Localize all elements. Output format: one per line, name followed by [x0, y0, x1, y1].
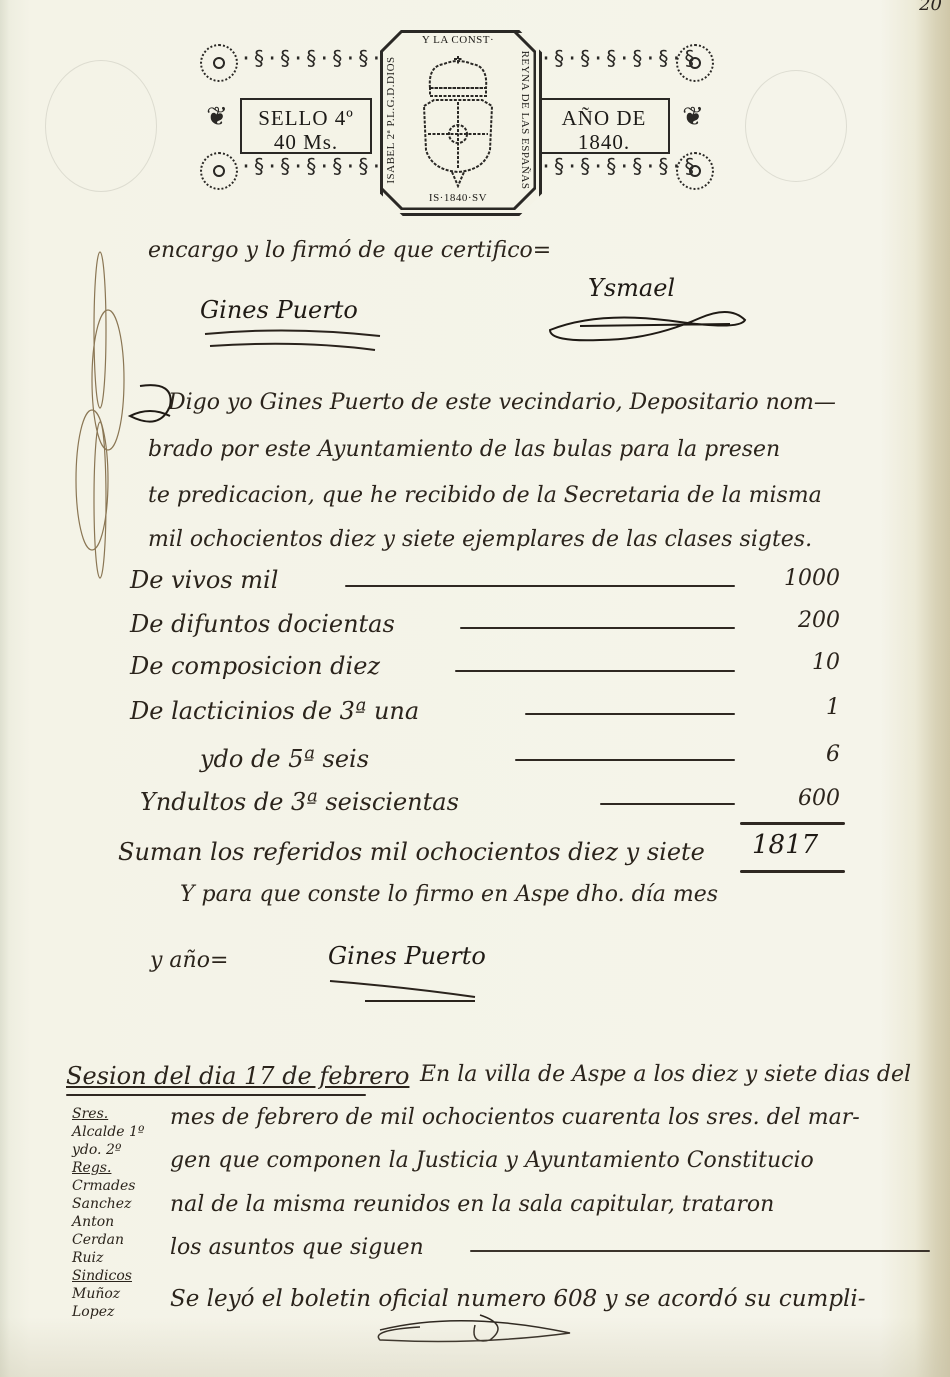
ledger-label: De composicion diez: [130, 652, 380, 680]
stamp-seal-class: SELLO 4º: [242, 106, 370, 130]
ledger-leader-line: [460, 627, 735, 629]
ledger-label: De difuntos docientas: [130, 610, 395, 638]
stamp-year-box: AÑO DE 1840.: [538, 98, 670, 154]
ledger-label: De lacticinios de 3ª una: [130, 697, 419, 725]
margin-entry: Sanchez: [72, 1195, 152, 1213]
ornament-row-icon: ·§·§·§·§·§·§: [540, 46, 697, 80]
scroll-ornament-icon: ❦: [676, 90, 710, 144]
sum-rule-bottom: [740, 870, 845, 873]
attendee-margin-list: Sres. Alcalde 1º ydo. 2º Regs. Crmades S…: [72, 1105, 152, 1321]
session-line: mes de febrero de mil ochocientos cuaren…: [170, 1105, 860, 1130]
declaration-line: mil ochocientos diez y siete ejemplares …: [148, 527, 812, 552]
ledger-amount: 10: [730, 650, 840, 675]
declaration-line: brado por este Ayuntamiento de las bulas…: [148, 437, 780, 462]
ledger-leader-line: [455, 670, 735, 672]
tax-stamp: ·§·§·§·§·§·§ ·§·§·§·§·§·§ ·§·§·§·§·§·§ ·…: [198, 30, 718, 210]
stamp-year-label: AÑO DE: [540, 106, 668, 130]
royal-coat-of-arms-icon: [420, 54, 496, 188]
session-line: gen que componen la Justicia y Ayuntamie…: [170, 1148, 814, 1173]
margin-flourish-icon: [70, 250, 130, 580]
rosette-icon: [200, 44, 238, 82]
manuscript-page: 20 ·§·§·§·§·§·§ ·§·§·§·§·§·§ ·§·§·§·§·§·…: [0, 0, 950, 1377]
watermark-seal-left: [45, 60, 157, 192]
session-heading: Sesion del dia 17 de febrero: [66, 1062, 409, 1090]
margin-entry: Regs.: [72, 1159, 152, 1177]
declaration-line: te predicacion, que he recibido de la Se…: [148, 483, 822, 508]
session-line: En la villa de Aspe a los diez y siete d…: [420, 1062, 911, 1087]
stamp-legend-top: Y LA CONST·: [398, 34, 518, 46]
rosette-icon: [200, 152, 238, 190]
signature-gines-puerto: Gines Puerto: [200, 296, 358, 324]
sum-rule-top: [740, 822, 845, 825]
margin-entry: Crmades: [72, 1177, 152, 1195]
signature-ysmael: Ysmael: [588, 274, 675, 302]
ornament-row-icon: ·§·§·§·§·§·§: [240, 154, 397, 188]
session-line: nal de la misma reunidos en la sala capi…: [170, 1192, 774, 1217]
stamp-value: 40 Ms.: [242, 130, 370, 154]
signature-flourish-icon: [200, 326, 390, 356]
ledger-leader-line: [525, 713, 735, 715]
ledger-amount: 1: [730, 695, 840, 720]
stamp-legend-right: REYNA DE LAS ESPAÑAS: [519, 45, 531, 195]
folio-number: 20: [919, 0, 942, 15]
ledger-leader-line: [600, 803, 735, 805]
margin-entry: Muñoz: [72, 1285, 152, 1303]
margin-entry: Lopez: [72, 1303, 152, 1321]
watermark-seal-right: [745, 70, 847, 182]
attestation-line: y año=: [150, 948, 228, 973]
ledger-label: De vivos mil: [130, 566, 278, 594]
session-line: los asuntos que siguen: [170, 1235, 424, 1260]
ledger-leader-line: [515, 759, 735, 761]
signature-gines-puerto-2: Gines Puerto: [328, 942, 486, 970]
margin-entry: Cerdan: [72, 1231, 152, 1249]
stamp-denomination-box: SELLO 4º 40 Ms.: [240, 98, 372, 154]
margin-entry: Ruiz: [72, 1249, 152, 1267]
stamp-legend-bottom: IS·1840·SV: [398, 192, 518, 204]
session-leader-line: [470, 1250, 930, 1252]
certificate-closing-line: encargo y lo firmó de que certifico=: [148, 238, 551, 263]
declaration-line: Digo yo Gines Puerto de este vecindario,…: [168, 390, 836, 415]
ledger-total: 1817: [752, 830, 818, 860]
stamp-year: 1840.: [540, 130, 668, 154]
ledger-amount: 600: [730, 786, 840, 811]
ledger-amount: 200: [730, 608, 840, 633]
margin-entry: Sindicos: [72, 1267, 152, 1285]
sum-label: Suman los referidos mil ochocientos diez…: [118, 838, 705, 866]
margin-entry: Alcalde 1º: [72, 1123, 152, 1141]
ledger-leader-line: [345, 585, 735, 587]
ledger-label: Yndultos de 3ª seiscientas: [140, 788, 459, 816]
attestation-line: Y para que conste lo firmo en Aspe dho. …: [180, 882, 718, 907]
ornament-row-icon: ·§·§·§·§·§·§: [240, 46, 397, 80]
session-final-line: Se leyó el boletin oficial numero 608 y …: [170, 1286, 866, 1312]
ledger-amount: 1000: [730, 566, 840, 591]
signature-flourish-icon: [325, 975, 485, 1005]
ornament-row-icon: ·§·§·§·§·§·§: [540, 154, 697, 188]
stamp-legend-left: ISABEL 2ª P.L.G.D.DIOS: [385, 45, 397, 195]
margin-entry: Anton: [72, 1213, 152, 1231]
margin-entry: ydo. 2º: [72, 1141, 152, 1159]
ledger-amount: 6: [730, 742, 840, 767]
scroll-ornament-icon: ❦: [200, 90, 234, 144]
rubric-flourish-icon: [540, 300, 770, 360]
session-heading-underline: [66, 1094, 366, 1096]
ledger-label: ydo de 5ª seis: [200, 745, 369, 773]
margin-header: Sres.: [72, 1105, 152, 1123]
